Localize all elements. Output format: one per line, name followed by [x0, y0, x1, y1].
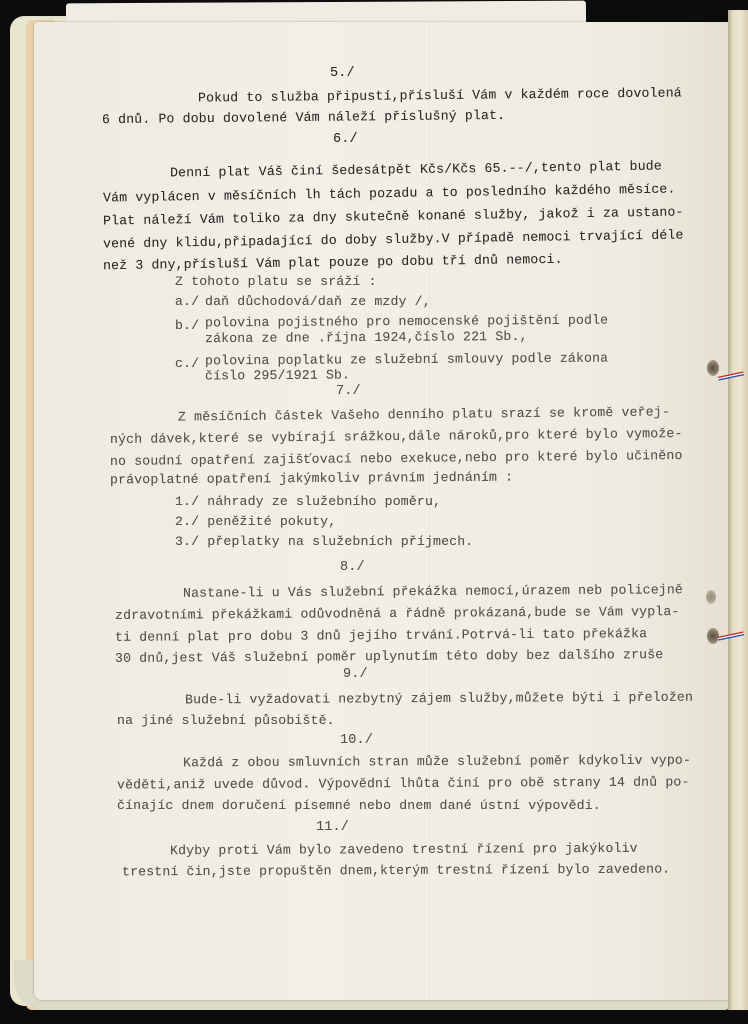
text-line: Nastane-li u Vás služební překážka nemoc…	[183, 580, 683, 603]
list-item: 1./ náhrady ze služebního poměru,	[175, 492, 441, 512]
text-line: čínajíc dnem doručení písemné nebo dnem …	[117, 796, 601, 816]
text-line: 30 dnů,jest Váš služební poměr uplynutím…	[115, 645, 663, 669]
text-line: právoplatné opatření jakýmkoliv právním …	[110, 468, 513, 491]
text-line: Bude-li vyžadovati nezbytný zájem služby…	[185, 688, 693, 711]
section-number: 7./	[336, 382, 361, 402]
deduction-text: číslo 295/1921 Sb.	[205, 365, 350, 386]
text-line: věděti,aniž uvede důvod. Výpovědní lhůta…	[117, 773, 690, 796]
section-number: 8./	[340, 558, 365, 578]
text-line: trestní čin,jste propuštěn dnem,kterým t…	[122, 860, 670, 883]
deduction-label: c./	[175, 354, 199, 374]
list-item: 3./ přeplatky na služebních příjmech.	[175, 532, 473, 552]
text-line: Pokud to služba připustí,přísluší Vám v …	[198, 83, 682, 108]
text-line: Každá z obou smluvních stran může služeb…	[183, 751, 691, 774]
text-line: Denní plat Váš činí šedesátpět Kčs/Kčs 6…	[170, 157, 662, 184]
section-number: 6./	[333, 130, 358, 150]
deductions-intro: Z tohoto platu se sráží :	[175, 272, 377, 292]
deduction-label: a./	[175, 292, 199, 312]
deduction-label: b./	[175, 316, 199, 336]
list-item: 2./ peněžité pokuty,	[175, 512, 336, 532]
section-number: 5./	[330, 64, 355, 84]
deduction-text: zákona ze dne .října 1924,číslo 221 Sb.,	[205, 327, 528, 349]
text-line: na jiné služební působiště.	[117, 711, 335, 731]
text-line: Z měsíčních částek Vašeho denního platu …	[178, 402, 670, 427]
section-number: 10./	[340, 731, 373, 751]
text-line: 6 dnů. Po dobu dovolené Vám náleží přísl…	[102, 106, 505, 130]
text-line: zdravotními překážkami odůvodněná a řádn…	[115, 602, 680, 626]
typed-document: 5./ Pokud to služba připustí,přísluší Vá…	[0, 0, 748, 1024]
section-number: 11./	[316, 818, 349, 838]
text-line: ti denní plat pro dobu 3 dnů jejího trvá…	[115, 624, 647, 648]
text-line: Kdyby proti Vám bylo zavedeno trestní ří…	[170, 839, 638, 861]
deduction-text: daň důchodová/daň ze mzdy /,	[205, 292, 431, 312]
section-number: 9./	[343, 665, 368, 685]
